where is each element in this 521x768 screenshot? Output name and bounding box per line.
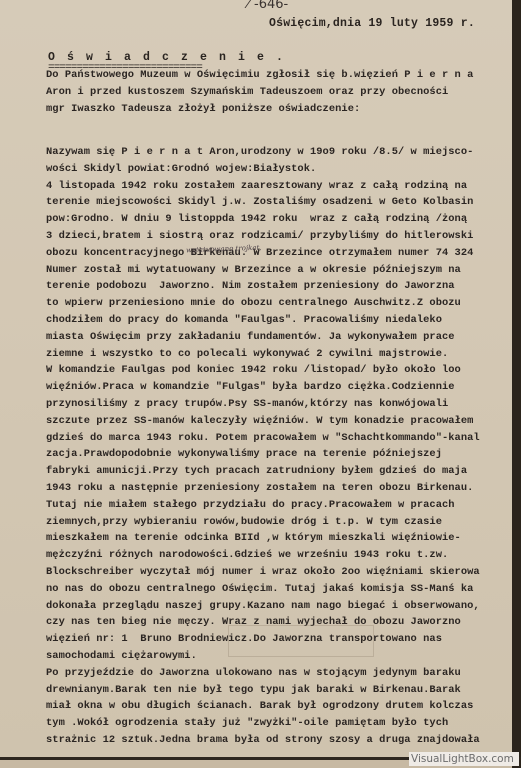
text-line: pow:Grodno. W dniu 9 listoppda 1942 roku… (46, 211, 516, 228)
text-line: obozu koncentracyjnego Birkenau. W Brzez… (46, 245, 516, 262)
text-line: fabryki amunicji.Przy tych pracach zatru… (46, 463, 516, 480)
text-line: strażnic 12 sztuk.Jedna brama była od st… (46, 732, 516, 749)
page-edge-right (512, 0, 521, 768)
watermark: VisualLightBox.com (409, 752, 519, 766)
text-line: to wpierw przeniesiono mnie do obozu cen… (46, 295, 516, 312)
text-line: Nazywam się P i e r n a t Aron,urodzony … (46, 144, 516, 161)
text-line: 3 dzieci,bratem i siostrą oraz rodzicami… (46, 228, 516, 245)
text-line: wości Skidyl powiat:Grodnó wojew:Białyst… (46, 161, 516, 178)
text-line: mężczyźni różnych narodowości.Gdzieś we … (46, 547, 516, 564)
text-line: terenie podobozu Jaworzno. Nim zostałem … (46, 278, 516, 295)
text-line: chodziłem do pracy do komanda "Faulgas".… (46, 312, 516, 329)
text-line: mgr Iwaszko Tadeusza złożył poniższe ośw… (46, 101, 516, 118)
text-line: Do Państwowego Muzeum w Oświęcimiu zgłos… (46, 67, 516, 84)
document-page: -646- Oświęcim,dnia 19 luty 1959 r. O ś … (0, 0, 512, 757)
text-line: no nas do obozu centralnego Oświęcim. Tu… (46, 581, 516, 598)
text-line: terenie miejscowości Skidyl j.w. Zostali… (46, 194, 516, 211)
text-line: tym .Wokół ogrodzenia stały już "zwyżki"… (46, 715, 516, 732)
text-line: zacja.Prawdopodobnie wykonywaliśmy prace… (46, 446, 516, 463)
text-line: Tutaj nie miałem stałego przydziału do p… (46, 497, 516, 514)
text-line: 4 listopada 1942 roku zostałem zaareszto… (46, 178, 516, 195)
text-line: szczute przez SS-manów kaleczyły więźnió… (46, 413, 516, 430)
text-line: przynosiliśmy z pracy trupów.Psy SS-manó… (46, 396, 516, 413)
page-number: -646- (254, 0, 288, 12)
text-line: ziemne i wszystko to co polecali wykonyw… (46, 346, 516, 363)
text-line: ziemnych,przy wybieraniu rowów,budowie d… (46, 514, 516, 531)
text-line: dokonała przeglądu naszej grupy.Kazano n… (46, 598, 516, 615)
text-line: gdzieś do marca 1943 roku. Potem pracowa… (46, 430, 516, 447)
text-line: mieszkałem na terenie odcinka BIId ,w kt… (46, 530, 516, 547)
text-line: Po przyjeździe do Jaworzna ulokowano nas… (46, 665, 516, 682)
statement-body: Nazywam się P i e r n a t Aron,urodzony … (46, 144, 516, 749)
text-line: W komandzie Faulgas pod koniec 1942 roku… (46, 362, 516, 379)
text-line: 1943 roku a następnie przeniesiony zosta… (46, 480, 516, 497)
text-line: miał okna w obu długich ścianach. Barak … (46, 698, 516, 715)
intro-paragraph: Do Państwowego Muzeum w Oświęcimiu zgłos… (46, 67, 516, 117)
faded-stamp (228, 625, 374, 657)
text-line: Aron i przed kustoszem Szymańskim Tadeus… (46, 84, 516, 101)
text-line: więźniów.Praca w komandzie "Fulgas" była… (46, 379, 516, 396)
text-line: Blockschreiber wyczytał mój numer i wraz… (46, 564, 516, 581)
text-line: miasta Oświęcim przy zakładaniu fundamen… (46, 329, 516, 346)
page-number-text: -646- (254, 0, 288, 12)
date-line: Oświęcim,dnia 19 luty 1959 r. (269, 17, 475, 30)
text-line: drewnianym.Barak ten nie był tego typu j… (46, 682, 516, 699)
text-line: Numer został mi wytatuowany w Brzezince … (46, 262, 516, 279)
